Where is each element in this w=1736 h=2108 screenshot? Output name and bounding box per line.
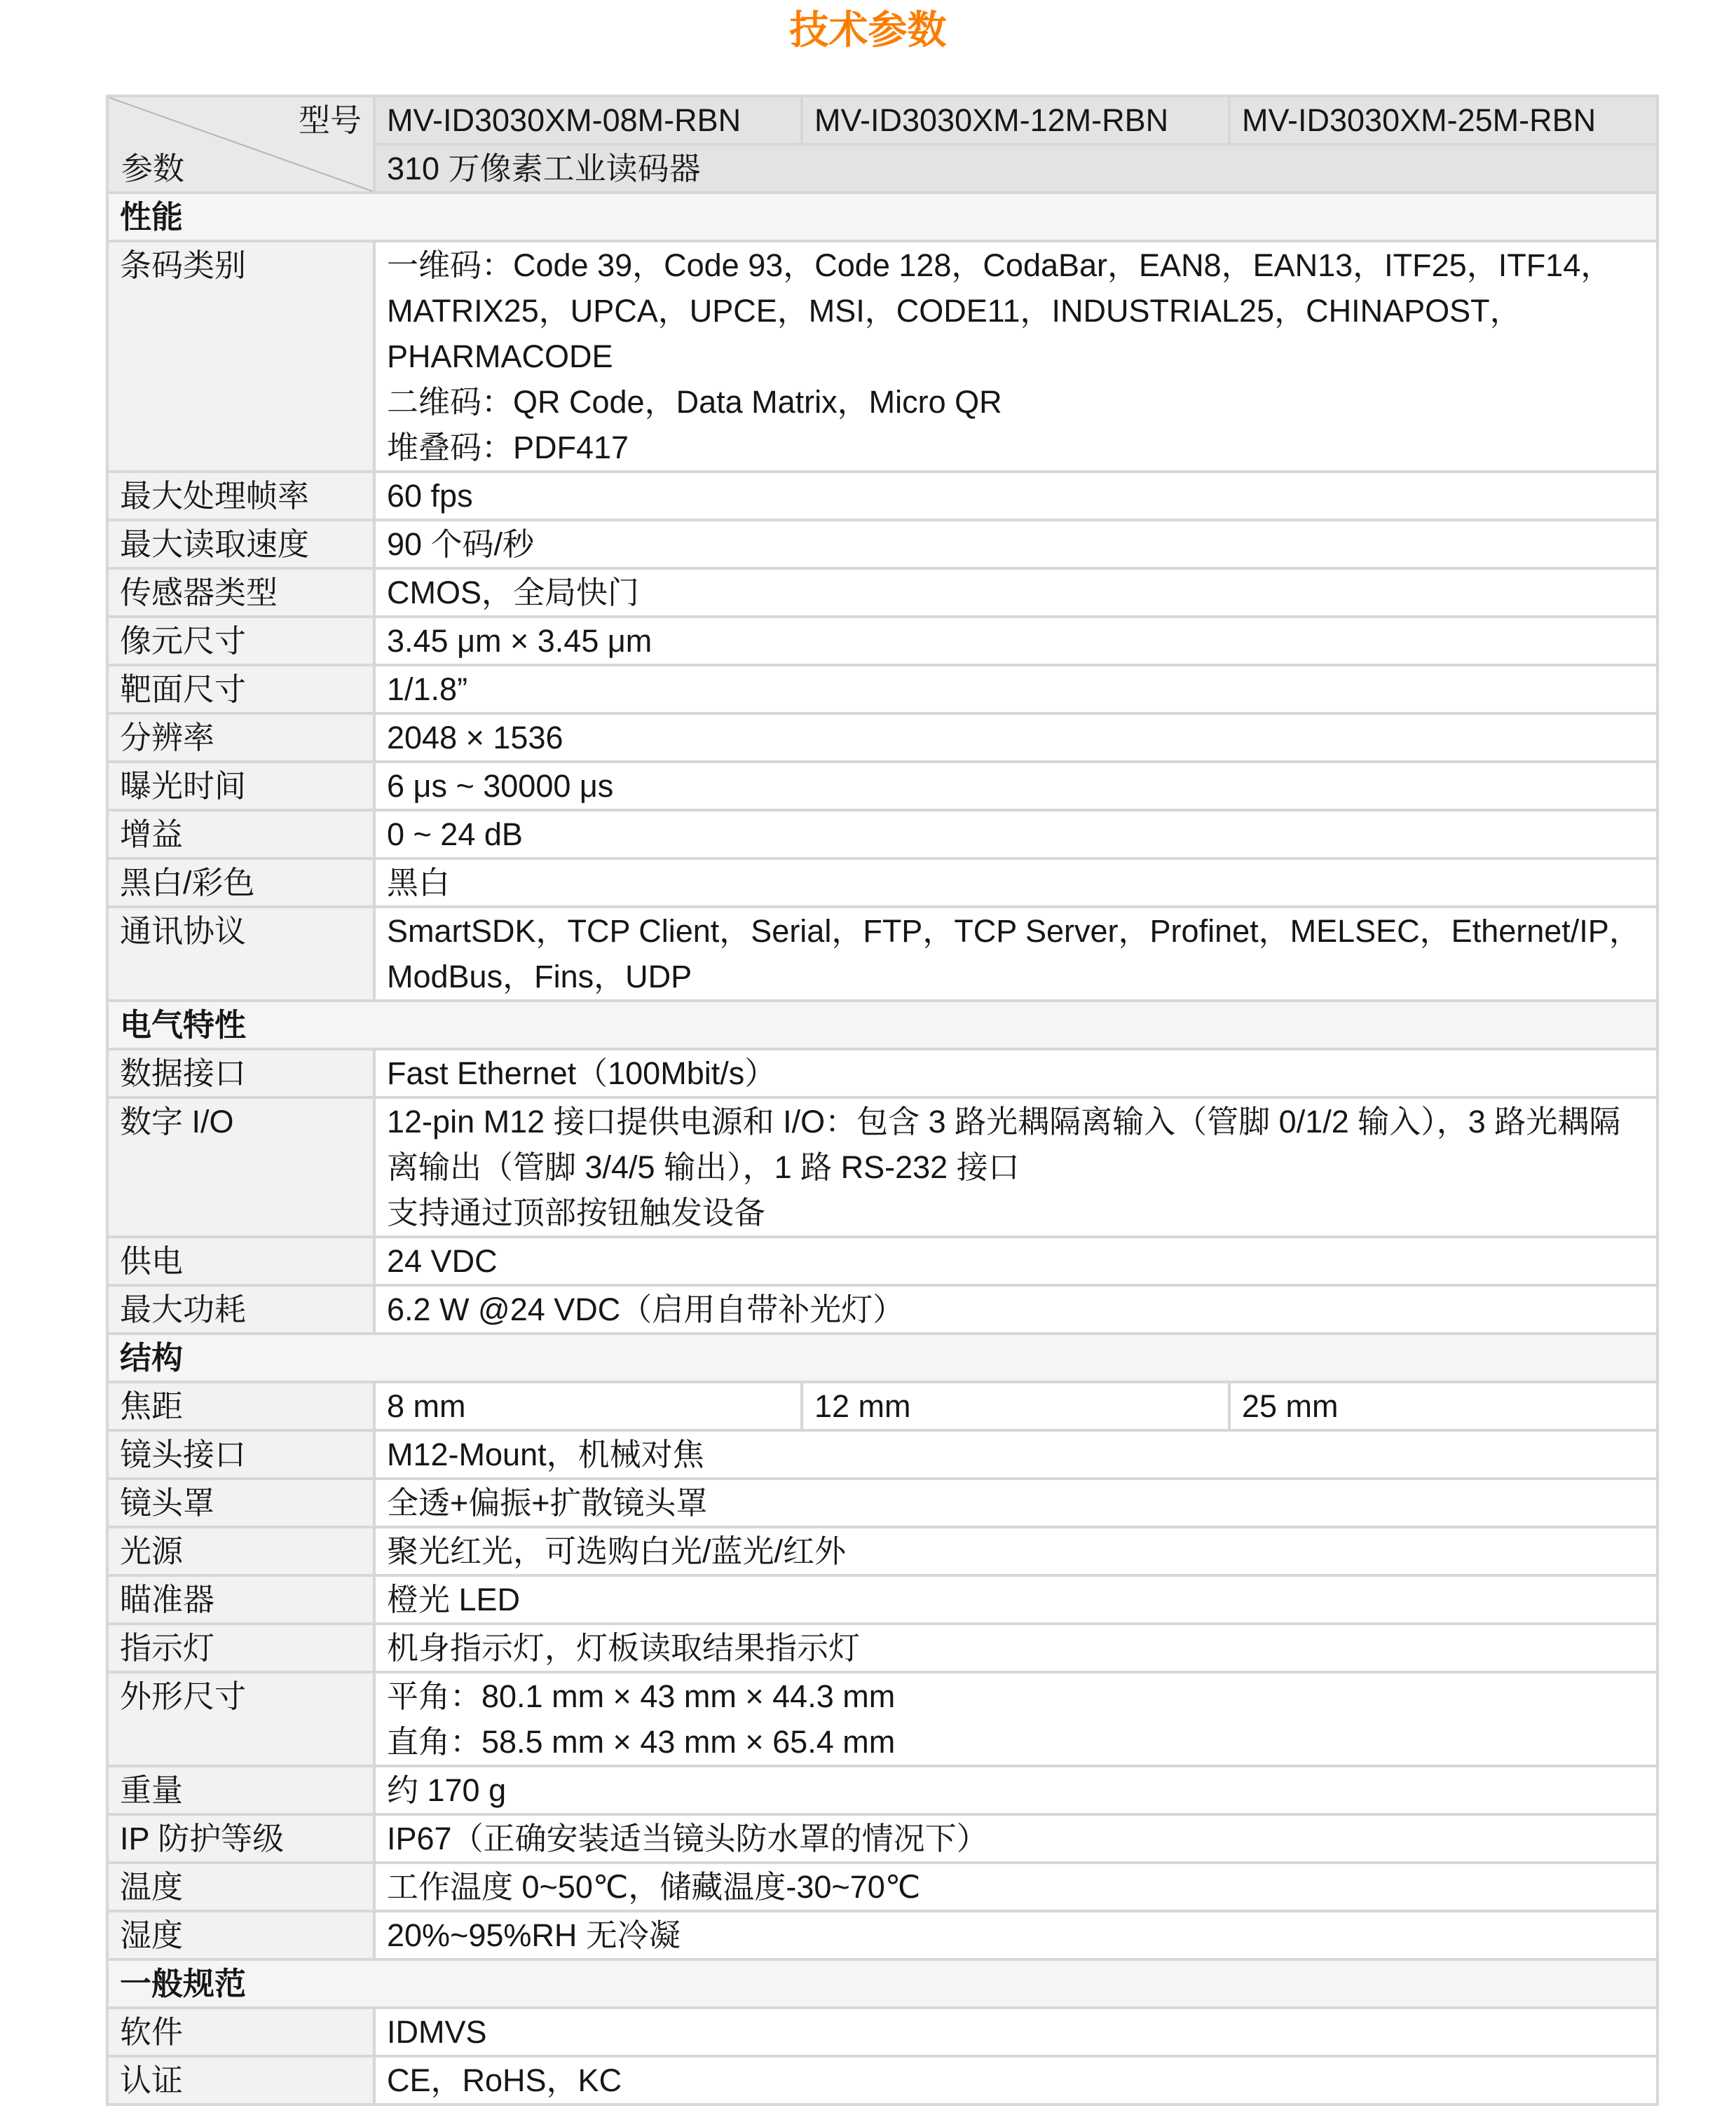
table-row: IP 防护等级 IP67（正确安装适当镜头防水罩的情况下） [107, 1814, 1658, 1863]
table-row: 镜头接口 M12-Mount，机械对焦 [107, 1430, 1658, 1479]
row-value: SmartSDK，TCP Client，Serial，FTP，TCP Serve… [374, 907, 1658, 1001]
table-row: 最大处理帧率 60 fps [107, 472, 1658, 520]
row-label: 最大功耗 [107, 1285, 374, 1334]
row-value: Fast Ethernet（100Mbit/s） [374, 1049, 1658, 1097]
row-label: 曝光时间 [107, 762, 374, 810]
table-row: 数字 I/O 12-pin M12 接口提供电源和 I/O：包含 3 路光耦隔离… [107, 1097, 1658, 1237]
row-value: 工作温度 0~50℃，储藏温度-30~70℃ [374, 1863, 1658, 1911]
row-value: 0 ~ 24 dB [374, 810, 1658, 858]
row-label: 数据接口 [107, 1049, 374, 1097]
row-value: 60 fps [374, 472, 1658, 520]
row-label: 认证 [107, 2056, 374, 2104]
row-label: 最大读取速度 [107, 520, 374, 568]
row-value: 聚光红光，可选购白光/蓝光/红外 [374, 1527, 1658, 1575]
row-label: 供电 [107, 1237, 374, 1285]
row-value: CMOS，全局快门 [374, 568, 1658, 617]
model-name-1: MV-ID3030XM-08M-RBN [374, 96, 802, 144]
table-row: 供电 24 VDC [107, 1237, 1658, 1285]
spec-table: 型号 参数 MV-ID3030XM-08M-RBN MV-ID3030XM-12… [106, 95, 1659, 2106]
row-value: IDMVS [374, 2008, 1658, 2056]
table-row: 最大功耗 6.2 W @24 VDC（启用自带补光灯） [107, 1285, 1658, 1334]
row-value: IP67（正确安装适当镜头防水罩的情况下） [374, 1814, 1658, 1863]
section-title-general: 一般规范 [107, 1959, 1658, 2008]
corner-label-model: 型号 [299, 97, 362, 143]
table-row: 像元尺寸 3.45 μm × 3.45 μm [107, 617, 1658, 665]
row-value: 约 170 g [374, 1766, 1658, 1814]
row-value: 6 μs ~ 30000 μs [374, 762, 1658, 810]
row-label: 瞄准器 [107, 1575, 374, 1624]
row-label: 指示灯 [107, 1624, 374, 1672]
table-row: 增益 0 ~ 24 dB [107, 810, 1658, 858]
row-label: 焦距 [107, 1382, 374, 1430]
row-label: 像元尺寸 [107, 617, 374, 665]
row-value: 90 个码/秒 [374, 520, 1658, 568]
row-label: 通讯协议 [107, 907, 374, 1001]
section-row: 一般规范 [107, 1959, 1658, 2008]
row-label: 靶面尺寸 [107, 665, 374, 713]
model-name-2: MV-ID3030XM-12M-RBN [802, 96, 1229, 144]
row-label: 增益 [107, 810, 374, 858]
table-row: 瞄准器 橙光 LED [107, 1575, 1658, 1624]
table-row: 温度 工作温度 0~50℃，储藏温度-30~70℃ [107, 1863, 1658, 1911]
table-row: 光源 聚光红光，可选购白光/蓝光/红外 [107, 1527, 1658, 1575]
corner-cell: 型号 参数 [107, 96, 374, 193]
row-value: 黑白 [374, 858, 1658, 907]
row-label: 传感器类型 [107, 568, 374, 617]
row-value: 平角：80.1 mm × 43 mm × 44.3 mm 直角：58.5 mm … [374, 1672, 1658, 1766]
row-label: 温度 [107, 1863, 374, 1911]
row-value: CE，RoHS，KC [374, 2056, 1658, 2104]
table-row: 认证 CE，RoHS，KC [107, 2056, 1658, 2104]
table-row: 外形尺寸 平角：80.1 mm × 43 mm × 44.3 mm 直角：58.… [107, 1672, 1658, 1766]
section-title-performance: 性能 [107, 193, 1658, 241]
row-label: 光源 [107, 1527, 374, 1575]
row-label: 重量 [107, 1766, 374, 1814]
row-value: 20%~95%RH 无冷凝 [374, 1911, 1658, 1959]
header-row: 型号 参数 MV-ID3030XM-08M-RBN MV-ID3030XM-12… [107, 96, 1658, 144]
table-row: 分辨率 2048 × 1536 [107, 713, 1658, 762]
row-label: 数字 I/O [107, 1097, 374, 1237]
row-label: 镜头接口 [107, 1430, 374, 1479]
section-row: 电气特性 [107, 1001, 1658, 1049]
row-label: 黑白/彩色 [107, 858, 374, 907]
row-label: 条码类别 [107, 241, 374, 472]
row-value: 机身指示灯，灯板读取结果指示灯 [374, 1624, 1658, 1672]
row-value: 6.2 W @24 VDC（启用自带补光灯） [374, 1285, 1658, 1334]
table-row: 湿度 20%~95%RH 无冷凝 [107, 1911, 1658, 1959]
row-value: 3.45 μm × 3.45 μm [374, 617, 1658, 665]
table-row: 镜头罩 全透+偏振+扩散镜头罩 [107, 1479, 1658, 1527]
row-label: 最大处理帧率 [107, 472, 374, 520]
section-title-electrical: 电气特性 [107, 1001, 1658, 1049]
section-row: 结构 [107, 1334, 1658, 1382]
table-row: 传感器类型 CMOS，全局快门 [107, 568, 1658, 617]
row-label: 镜头罩 [107, 1479, 374, 1527]
table-row: 软件 IDMVS [107, 2008, 1658, 2056]
row-value: 全透+偏振+扩散镜头罩 [374, 1479, 1658, 1527]
row-value-col2: 12 mm [802, 1382, 1229, 1430]
row-label: IP 防护等级 [107, 1814, 374, 1863]
table-row: 通讯协议 SmartSDK，TCP Client，Serial，FTP，TCP … [107, 907, 1658, 1001]
section-row: 性能 [107, 193, 1658, 241]
page-title: 技术参数 [0, 4, 1736, 56]
section-title-structure: 结构 [107, 1334, 1658, 1382]
row-value: 一维码：Code 39，Code 93，Code 128，CodaBar，EAN… [374, 241, 1658, 472]
row-label: 分辨率 [107, 713, 374, 762]
row-value: M12-Mount，机械对焦 [374, 1430, 1658, 1479]
row-value-col3: 25 mm [1229, 1382, 1658, 1430]
row-value: 24 VDC [374, 1237, 1658, 1285]
row-value: 12-pin M12 接口提供电源和 I/O：包含 3 路光耦隔离输入（管脚 0… [374, 1097, 1658, 1237]
product-subtitle: 310 万像素工业读码器 [374, 144, 1658, 193]
table-row: 指示灯 机身指示灯，灯板读取结果指示灯 [107, 1624, 1658, 1672]
row-value: 1/1.8” [374, 665, 1658, 713]
table-row: 数据接口 Fast Ethernet（100Mbit/s） [107, 1049, 1658, 1097]
table-row: 最大读取速度 90 个码/秒 [107, 520, 1658, 568]
table-row: 重量 约 170 g [107, 1766, 1658, 1814]
table-row: 曝光时间 6 μs ~ 30000 μs [107, 762, 1658, 810]
row-label: 软件 [107, 2008, 374, 2056]
row-value: 橙光 LED [374, 1575, 1658, 1624]
model-name-3: MV-ID3030XM-25M-RBN [1229, 96, 1658, 144]
corner-label-param: 参数 [121, 146, 184, 191]
row-value-col1: 8 mm [374, 1382, 802, 1430]
row-label: 湿度 [107, 1911, 374, 1959]
row-label: 外形尺寸 [107, 1672, 374, 1766]
table-row: 焦距 8 mm 12 mm 25 mm [107, 1382, 1658, 1430]
table-row: 黑白/彩色 黑白 [107, 858, 1658, 907]
table-row: 条码类别 一维码：Code 39，Code 93，Code 128，CodaBa… [107, 241, 1658, 472]
row-value: 2048 × 1536 [374, 713, 1658, 762]
table-row: 靶面尺寸 1/1.8” [107, 665, 1658, 713]
